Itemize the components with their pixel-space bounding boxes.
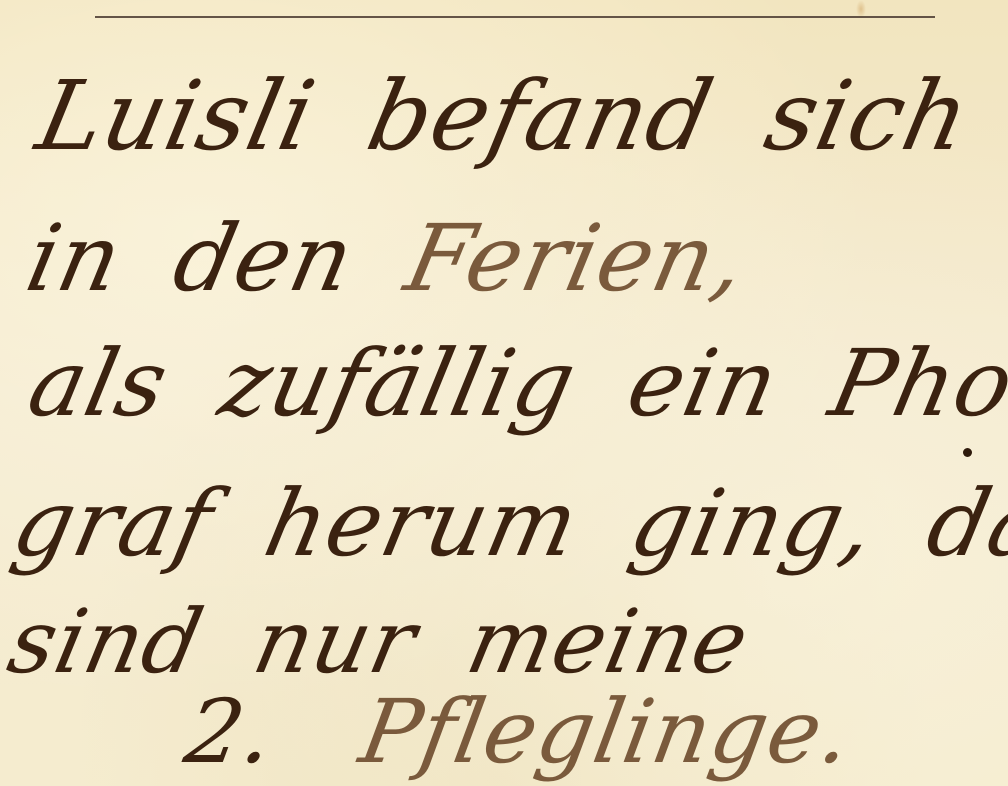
- handwritten-line-6: 2. Pfleglinge.: [178, 680, 886, 783]
- word: zufällig: [211, 330, 586, 437]
- word: ging,: [621, 470, 884, 577]
- word: dass: [918, 470, 1008, 577]
- word: als: [20, 330, 177, 437]
- word: den: [165, 205, 363, 312]
- word: befand: [358, 60, 722, 172]
- top-ruled-line: [95, 16, 935, 18]
- word-faded: Pfleglinge.: [353, 680, 860, 783]
- word: 2.: [178, 680, 282, 783]
- handwritten-line-5: sind nur meine: [0, 590, 784, 693]
- handwritten-line-1: Luisli befand sich: [28, 60, 1006, 172]
- word: nur: [245, 590, 425, 693]
- ink-dot: [963, 448, 972, 457]
- handwritten-line-4: graf herum ging, dass: [4, 470, 1008, 577]
- word: sich: [756, 60, 979, 172]
- word: sind: [0, 590, 212, 693]
- word: graf: [4, 470, 223, 577]
- word: Photo-: [821, 330, 1008, 437]
- word: herum: [256, 470, 588, 577]
- word-faded: Ferien,: [397, 205, 756, 312]
- handwritten-line-3: als zufällig ein Photo-: [20, 330, 1008, 437]
- handwritten-line-2: in den Ferien,: [18, 205, 782, 312]
- word: meine: [459, 590, 758, 693]
- word: ein: [619, 330, 788, 437]
- word: Luisli: [28, 60, 325, 172]
